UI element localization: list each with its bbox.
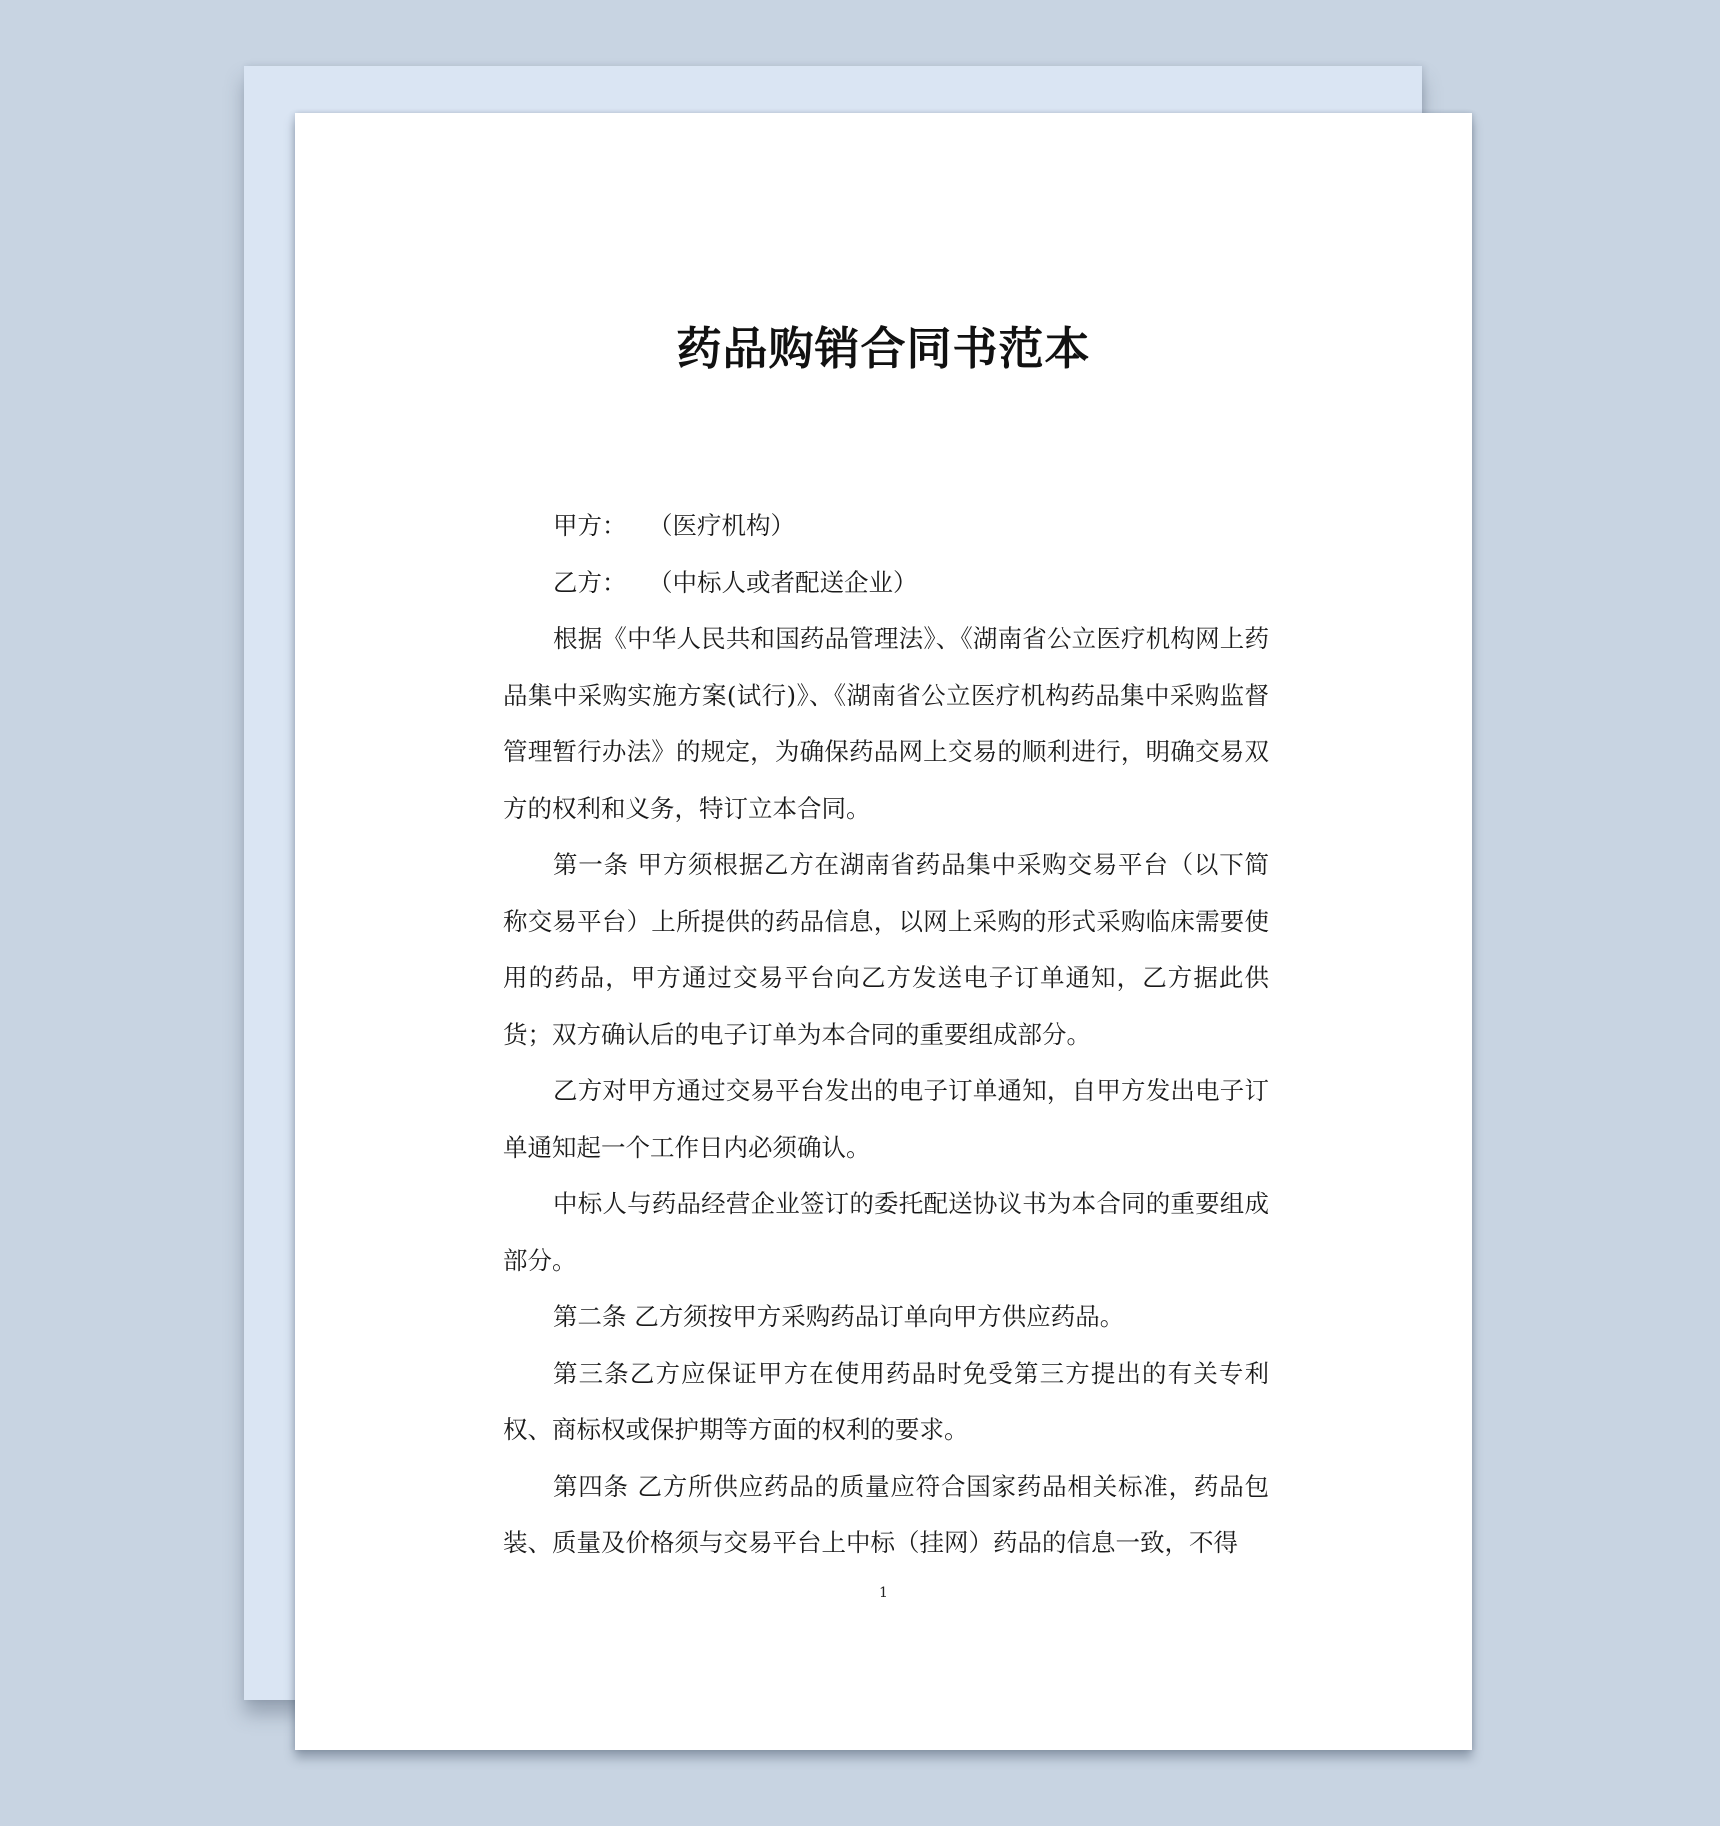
front-page-sheet: 药品购销合同书范本 甲方：（医疗机构） 乙方：（中标人或者配送企业） 根据《中华…: [295, 113, 1472, 1750]
paragraph-article-1: 第一条 甲方须根据乙方在湖南省药品集中采购交易平台（以下简称交易平台）上所提供的…: [503, 837, 1269, 1063]
paragraph-preamble: 根据《中华人民共和国药品管理法》、《湖南省公立医疗机构网上药品集中采购实施方案(…: [503, 611, 1269, 837]
party-a-value: （医疗机构）: [648, 511, 795, 540]
party-b-line: 乙方：（中标人或者配送企业）: [503, 555, 1269, 612]
party-b-label: 乙方：: [553, 555, 648, 612]
party-b-value: （中标人或者配送企业）: [648, 568, 918, 597]
party-a-label: 甲方：: [553, 498, 648, 555]
paragraph-article-4: 第四条 乙方所供应药品的质量应符合国家药品相关标准，药品包装、质量及价格须与交易…: [503, 1459, 1269, 1572]
document-body: 甲方：（医疗机构） 乙方：（中标人或者配送企业） 根据《中华人民共和国药品管理法…: [503, 498, 1269, 1572]
document-title: 药品购销合同书范本: [295, 323, 1472, 375]
paragraph-article-3: 第三条乙方应保证甲方在使用药品时免受第三方提出的有关专利权、商标权或保护期等方面…: [503, 1346, 1269, 1459]
paragraph-confirmation: 乙方对甲方通过交易平台发出的电子订单通知，自甲方发出电子订单通知起一个工作日内必…: [503, 1063, 1269, 1176]
party-a-line: 甲方：（医疗机构）: [503, 498, 1269, 555]
page-number: 1: [295, 1585, 1472, 1601]
paragraph-article-2: 第二条 乙方须按甲方采购药品订单向甲方供应药品。: [503, 1289, 1269, 1346]
paragraph-delegation: 中标人与药品经营企业签订的委托配送协议书为本合同的重要组成部分。: [503, 1176, 1269, 1289]
